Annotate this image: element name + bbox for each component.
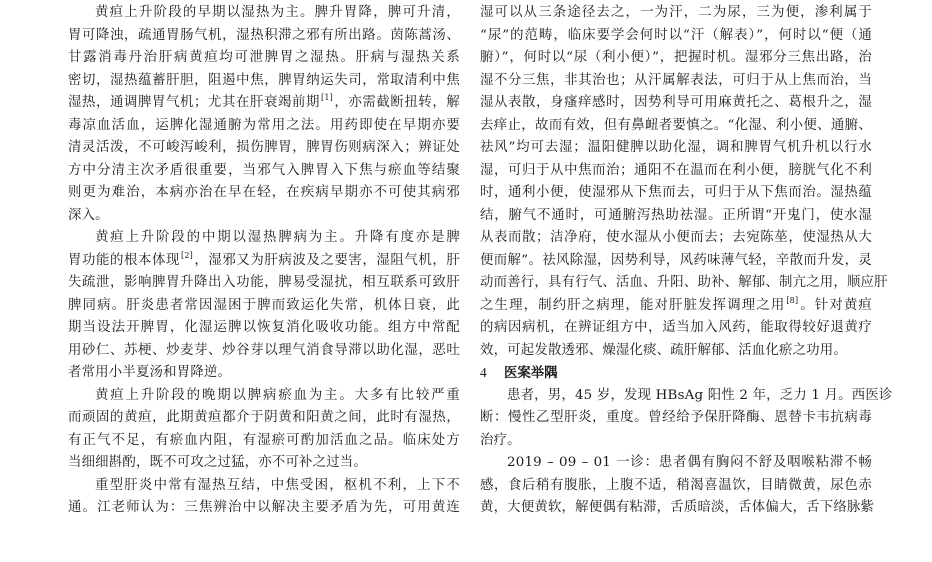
- text-line: 黄疸上升阶段的中期以湿热脾病为主。升降有度亦是脾: [68, 227, 460, 250]
- text-line: 去痒止，故而有效，但有鼻衄者要慎之。“化湿、利小便、通腑、: [480, 115, 872, 138]
- text-segment: ，湿邪又为肝病波及之要害，湿阻气机，肝: [194, 253, 460, 268]
- paragraph-case-intro: 患者，男，45 岁，发现 HBsAg 阳性 2 年，乏力 1 月。西医诊 断：慢…: [480, 385, 872, 453]
- text-line: 湿从表散，身瘙痒感时，因势利导可用麻黄托之、葛根升之，湿: [480, 92, 872, 115]
- text-line: 则更为难治，本病亦治在早在轻，在疾病早期亦不可使其病邪: [68, 182, 460, 205]
- text-line: 重型肝炎中常有湿热互结，中焦受困，枢机不利，上下不: [68, 475, 460, 498]
- text-line: 者常用小半夏汤和胃降逆。: [68, 362, 460, 385]
- text-line: 密切，湿热蕴蓄肝胆，阻遏中焦，脾胃纳运失司，常取清利中焦: [68, 70, 460, 93]
- text-line: 祛风”均可去湿；温阳健脾以助化湿，调和脾胃气机升机以行水: [480, 137, 872, 160]
- text-line: 时，通利小便，使湿邪从下焦而去，可归于从下焦而治。湿热蕴: [480, 182, 872, 205]
- text-line: 当细细斟酌，既不可攻之过猛，亦不可补之过当。: [68, 452, 460, 475]
- text-line: 脾同病。肝炎患者常因湿困于脾而致运化失常，机体日衰，此: [68, 295, 460, 318]
- text-line: 用砂仁、苏梗、炒麦芽、炒谷芽以理气消食导滞以助化湿，恶吐: [68, 340, 460, 363]
- text-segment: ，亦需截断扭转，解: [334, 95, 460, 110]
- text-line: 毒凉血活血，运脾化湿通腑为常用之法。用药即使在早期亦要: [68, 115, 460, 138]
- text-line: 有正气不足，有瘀血内阻，有湿瘀可酌加活血之品。临床处方: [68, 430, 460, 453]
- text-line: 通。江老师认为：三焦辨治中以解决主要矛盾为先，可用黄连: [68, 497, 460, 520]
- right-column: 湿可以从三条途径去之，一为汗，二为尿，三为便，渗利属于 “尿”的范畴，临床要学会…: [480, 2, 872, 520]
- text-line: 湿可以从三条途径去之，一为汗，二为尿，三为便，渗利属于: [480, 2, 872, 25]
- text-line: 动而善行，具有行气、活血、升阳、助补、解郁、制亢之用，顺应肝: [480, 272, 872, 295]
- text-line: 黄疸上升阶段的晚期以脾病瘀血为主。大多有比较严重: [68, 385, 460, 408]
- text-line: 湿，可归于从中焦而治；通阳不在温而在利小便，膀胱气化不利: [480, 160, 872, 183]
- text-line: 腑）”，何时以“尿（利小便）”，把握时机。湿邪分三焦出路，治: [480, 47, 872, 70]
- text-line: 结，腑气不通时，可通腑泻热助祛湿。正所谓“开鬼门，使水湿: [480, 205, 872, 228]
- paragraph-late-stage: 黄疸上升阶段的晚期以脾病瘀血为主。大多有比较严重 而顽固的黄疸，此期黄疸都介于阴…: [68, 385, 460, 475]
- text-segment: 胃功能的根本体现: [68, 253, 180, 268]
- text-line: 湿不分三焦，非其治也；从汗属解表法，可归于从上焦而治，当: [480, 70, 872, 93]
- paragraph-three-routes: 湿可以从三条途径去之，一为汗，二为尿，三为便，渗利属于 “尿”的范畴，临床要学会…: [480, 2, 872, 362]
- text-line: 2019 – 09 – 01 一诊：患者偶有胸闷不舒及咽喉粘滞不畅: [480, 452, 872, 475]
- text-line: 清灵活泼，不可峻泻峻利，损伤脾胃，脾胃伤则病深入；辨证处: [68, 137, 460, 160]
- text-segment: 。针对黄疸: [799, 298, 872, 313]
- text-line: 甘露消毒丹治肝病黄疸均可泄脾胃之湿热。肝病与湿热关系: [68, 47, 460, 70]
- text-line-with-citation: 之生理，制约肝之病理，能对肝脏发挥调理之用[8]。针对黄疸: [480, 295, 872, 318]
- text-line: 感，食后稍有腹胀，上腹不适，稍渴喜温饮，目睛微黄，尿色赤: [480, 475, 872, 498]
- text-segment: 之生理，制约肝之病理，能对肝脏发挥调理之用: [480, 298, 785, 313]
- text-line: 方中分清主次矛盾很重要，当邪气入脾胃入下焦与瘀血等结聚: [68, 160, 460, 183]
- section-heading: 4医案举隅: [480, 362, 872, 385]
- text-line: 而顽固的黄疸，此期黄疸都介于阴黄和阳黄之间，此时有湿热，: [68, 407, 460, 430]
- text-line: “尿”的范畴，临床要学会何时以“汗（解表）”，何时以“便（通: [480, 25, 872, 48]
- text-line: 期当设法开脾胃，化湿运脾以恢复消化吸收功能。组方中常配: [68, 317, 460, 340]
- text-line: 效，可起发散透邪、燥湿化痰、疏肝解郁、活血化瘀之功用。: [480, 340, 872, 363]
- text-line: 断：慢性乙型肝炎，重度。曾经给予保肝降酶、恩替卡韦抗病毒: [480, 407, 872, 430]
- text-line-with-citation: 胃功能的根本体现[2]，湿邪又为肝病波及之要害，湿阻气机，肝: [68, 250, 460, 273]
- text-segment: 湿热，通调脾胃气机；尤其在肝衰竭前期: [68, 95, 320, 110]
- text-line: 患者，男，45 岁，发现 HBsAg 阳性 2 年，乏力 1 月。西医诊: [480, 385, 872, 408]
- text-line: 便而解”。祛风除湿，因势利导，风药味薄气轻，辛散而升发，灵: [480, 250, 872, 273]
- paragraph-early-stage: 黄疸上升阶段的早期以湿热为主。脾升胃降，脾可升清， 胃可降浊，疏通胃肠气机，湿热…: [68, 2, 460, 227]
- paragraph-middle-stage: 黄疸上升阶段的中期以湿热脾病为主。升降有度亦是脾 胃功能的根本体现[2]，湿邪又…: [68, 227, 460, 385]
- citation-ref[interactable]: [1]: [320, 93, 334, 102]
- text-line: 胃可降浊，疏通胃肠气机，湿热积滞之邪有所出路。茵陈蒿汤、: [68, 25, 460, 48]
- paragraph-severe-hepatitis: 重型肝炎中常有湿热互结，中焦受困，枢机不利，上下不 通。江老师认为：三焦辨治中以…: [68, 475, 460, 520]
- text-line: 治疗。: [480, 430, 872, 453]
- text-line-with-citation: 湿热，通调脾胃气机；尤其在肝衰竭前期[1]，亦需截断扭转，解: [68, 92, 460, 115]
- paragraph-first-visit: 2019 – 09 – 01 一诊：患者偶有胸闷不舒及咽喉粘滞不畅 感，食后稍有…: [480, 452, 872, 520]
- text-line: 黄，大便黄软，解便偶有粘滞，舌质暗淡，舌体偏大，舌下络脉紫: [480, 497, 872, 520]
- text-line: 深入。: [68, 205, 460, 228]
- paper-page: 黄疸上升阶段的早期以湿热为主。脾升胃降，脾可升清， 胃可降浊，疏通胃肠气机，湿热…: [0, 0, 932, 562]
- left-column: 黄疸上升阶段的早期以湿热为主。脾升胃降，脾可升清， 胃可降浊，疏通胃肠气机，湿热…: [68, 2, 460, 520]
- citation-ref[interactable]: [8]: [785, 296, 799, 305]
- text-line: 失疏泄，影响脾胃升降出入功能，脾易受湿扰，相互联系可致肝: [68, 272, 460, 295]
- section-number: 4: [480, 362, 504, 385]
- citation-ref[interactable]: [2]: [180, 251, 194, 260]
- text-line: 从表而散；洁净府，使水湿从小便而去；去宛陈莝，使湿热从大: [480, 227, 872, 250]
- text-line: 的病因病机，在辨证组方中，适当加入风药，能取得较好退黄疗: [480, 317, 872, 340]
- section-title: 医案举隅: [504, 366, 558, 381]
- text-line: 黄疸上升阶段的早期以湿热为主。脾升胃降，脾可升清，: [68, 2, 460, 25]
